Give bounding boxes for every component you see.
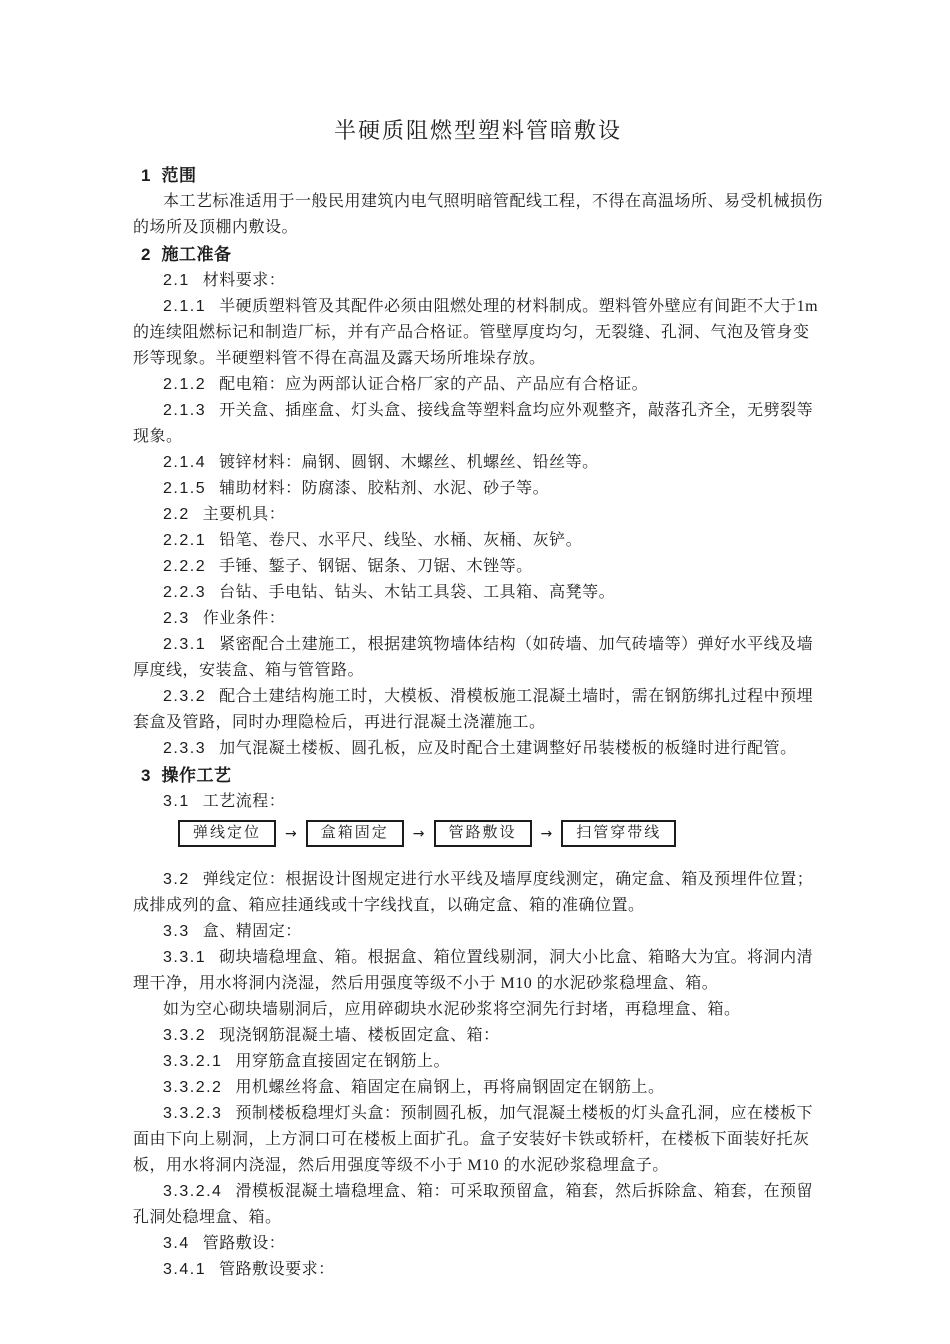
paragraph: 3.3.2现浇钢筋混凝土墙、楼板固定盒、箱： (133, 1023, 823, 1049)
paragraph-text: 如为空心砌块墙剔洞后，应用碎砌块水泥砂浆将空洞先行封堵，再稳埋盒、箱。 (163, 1001, 741, 1018)
paragraph: 本工艺标准适用于一般民用建筑内电气照明暗管配线工程，不得在高温场所、易受机械损伤… (133, 189, 823, 241)
paragraph: 2.2主要机具： (133, 502, 823, 528)
section-number: 3.3 (163, 923, 190, 940)
paragraph-text: 弹线定位：根据设计图规定进行水平线及墙厚度线测定，确定盒、箱及预埋件位置；成排成… (133, 871, 813, 914)
paragraph: 3.3.2.1用穿筋盒直接固定在钢筋上。 (133, 1049, 823, 1075)
section-heading: 2施工准备 (133, 241, 823, 268)
paragraph: 2.3.1紧密配合土建施工，根据建筑物墙体结构（如砖墙、加气砖墙等）弹好水平线及… (133, 632, 823, 684)
section-number: 1 (141, 166, 150, 185)
paragraph-text: 本工艺标准适用于一般民用建筑内电气照明暗管配线工程，不得在高温场所、易受机械损伤… (133, 193, 823, 236)
paragraph-text: 半硬质塑料管及其配件必须由阻燃处理的材料制成。塑料管外壁应有间距不大于1m 的连… (133, 298, 818, 367)
section-number: 2.3.3 (163, 740, 206, 757)
paragraph-text: 盒、精固定： (203, 923, 302, 940)
section-number: 2 (141, 245, 150, 264)
section-number: 3.4 (163, 1235, 190, 1252)
paragraph-text: 主要机具： (203, 506, 286, 523)
paragraph-text: 铅笔、卷尺、水平尺、线坠、水桶、灰桶、灰铲。 (219, 532, 582, 549)
paragraph: 3.3.2.2用机螺丝将盒、箱固定在扁钢上，再将扁钢固定在钢筋上。 (133, 1075, 823, 1101)
section-number: 2.3.1 (163, 636, 206, 653)
paragraph-text: 砌块墙稳埋盒、箱。根据盒、箱位置线剔洞，洞大小比盒、箱略大为宜。将洞内清理干净，… (133, 949, 813, 992)
paragraph-text: 作业条件： (203, 610, 286, 627)
section-number: 3.3.1 (163, 949, 206, 966)
paragraph-text: 管路敷设： (203, 1235, 286, 1252)
section-number: 3 (141, 766, 150, 785)
paragraph: 3.1工艺流程： (133, 789, 823, 815)
paragraph-text: 开关盒、插座盒、灯头盒、接线盒等塑料盒均应外观整齐，敲落孔齐全，无劈裂等现象。 (133, 402, 813, 445)
paragraph-text: 管路敷设要求： (219, 1261, 335, 1278)
paragraph: 3.2弹线定位：根据设计图规定进行水平线及墙厚度线测定，确定盒、箱及预埋件位置；… (133, 867, 823, 919)
section-number: 2.3.2 (163, 688, 206, 705)
section-number: 2.1.2 (163, 376, 206, 393)
section-number: 2.1.3 (163, 402, 206, 419)
section-number: 2.1.5 (163, 480, 206, 497)
flow-arrow-icon: → (276, 826, 306, 842)
flow-step: 扫管穿带线 (561, 820, 676, 847)
section-number: 2.2.1 (163, 532, 206, 549)
process-flowchart: 弹线定位→盒箱固定→管路敷设→扫管穿带线 (178, 820, 823, 847)
paragraph: 3.4.1管路敷设要求： (133, 1257, 823, 1283)
section-number: 3.3.2 (163, 1027, 206, 1044)
document-page: 半硬质阻燃型塑料管暗敷设 1范围本工艺标准适用于一般民用建筑内电气照明暗管配线工… (0, 0, 950, 1344)
section-number: 3.1 (163, 793, 190, 810)
paragraph-text: 台钻、手电钻、钻头、木钻工具袋、工具箱、高凳等。 (219, 584, 615, 601)
section-heading-text: 范围 (161, 166, 196, 185)
paragraph-text: 工艺流程： (203, 793, 286, 810)
paragraph: 3.3盒、精固定： (133, 919, 823, 945)
section-number: 3.3.2.1 (163, 1053, 222, 1070)
section-number: 2.1 (163, 272, 190, 289)
flow-step: 盒箱固定 (306, 820, 404, 847)
section-heading-text: 施工准备 (161, 245, 231, 264)
section-number: 3.3.2.3 (163, 1105, 222, 1122)
section-number: 2.2.3 (163, 584, 206, 601)
paragraph: 2.1.1半硬质塑料管及其配件必须由阻燃处理的材料制成。塑料管外壁应有间距不大于… (133, 294, 823, 372)
paragraph: 2.1材料要求： (133, 268, 823, 294)
paragraph-text: 紧密配合土建施工，根据建筑物墙体结构（如砖墙、加气砖墙等）弹好水平线及墙厚度线，… (133, 636, 813, 679)
paragraph-text: 预制楼板稳埋灯头盒：预制圆孔板，加气混凝土楼板的灯头盒孔洞，应在楼板下面由下向上… (133, 1105, 813, 1174)
paragraph: 3.3.2.4滑模板混凝土墙稳埋盒、箱：可采取预留盒，箱套，然后拆除盒、箱套，在… (133, 1179, 823, 1231)
document-body: 1范围本工艺标准适用于一般民用建筑内电气照明暗管配线工程，不得在高温场所、易受机… (133, 162, 823, 1283)
paragraph: 3.4管路敷设： (133, 1231, 823, 1257)
paragraph-text: 用机螺丝将盒、箱固定在扁钢上，再将扁钢固定在钢筋上。 (235, 1079, 664, 1096)
paragraph-text: 手锤、錾子、钢锯、锯条、刀锯、木锉等。 (219, 558, 533, 575)
paragraph: 2.2.2手锤、錾子、钢锯、锯条、刀锯、木锉等。 (133, 554, 823, 580)
paragraph-text: 镀锌材料：扁钢、圆钢、木螺丝、机螺丝、铅丝等。 (219, 454, 599, 471)
paragraph: 2.1.3开关盒、插座盒、灯头盒、接线盒等塑料盒均应外观整齐，敲落孔齐全，无劈裂… (133, 398, 823, 450)
page-title: 半硬质阻燃型塑料管暗敷设 (133, 116, 823, 146)
section-number: 2.2.2 (163, 558, 206, 575)
paragraph: 3.3.2.3预制楼板稳埋灯头盒：预制圆孔板，加气混凝土楼板的灯头盒孔洞，应在楼… (133, 1101, 823, 1179)
section-number: 3.3.2.2 (163, 1079, 222, 1096)
paragraph: 2.3.2配合土建结构施工时，大模板、滑模板施工混凝土墙时，需在钢筋绑扎过程中预… (133, 684, 823, 736)
section-number: 2.1.4 (163, 454, 206, 471)
paragraph-text: 加气混凝土楼板、圆孔板，应及时配合土建调整好吊装楼板的板缝时进行配管。 (219, 740, 797, 757)
section-number: 3.4.1 (163, 1261, 206, 1278)
paragraph: 3.3.1砌块墙稳埋盒、箱。根据盒、箱位置线剔洞，洞大小比盒、箱略大为宜。将洞内… (133, 945, 823, 997)
paragraph-text: 辅助材料：防腐漆、胶粘剂、水泥、砂子等。 (219, 480, 549, 497)
section-number: 2.3 (163, 610, 190, 627)
section-number: 3.3.2.4 (163, 1183, 222, 1200)
section-heading: 1范围 (133, 162, 823, 189)
section-heading-text: 操作工艺 (161, 766, 231, 785)
paragraph-text: 配电箱：应为两部认证合格厂家的产品、产品应有合格证。 (219, 376, 648, 393)
flow-step: 弹线定位 (178, 820, 276, 847)
paragraph: 2.2.3台钻、手电钻、钻头、木钻工具袋、工具箱、高凳等。 (133, 580, 823, 606)
section-heading: 3操作工艺 (133, 762, 823, 789)
paragraph-text: 现浇钢筋混凝土墙、楼板固定盒、箱： (219, 1027, 500, 1044)
paragraph-text: 配合土建结构施工时，大模板、滑模板施工混凝土墙时，需在钢筋绑扎过程中预埋套盒及管… (133, 688, 813, 731)
paragraph: 2.1.2配电箱：应为两部认证合格厂家的产品、产品应有合格证。 (133, 372, 823, 398)
paragraph-text: 材料要求： (203, 272, 286, 289)
paragraph: 如为空心砌块墙剔洞后，应用碎砌块水泥砂浆将空洞先行封堵，再稳埋盒、箱。 (133, 997, 823, 1023)
section-number: 2.1.1 (163, 298, 206, 315)
paragraph: 2.1.5辅助材料：防腐漆、胶粘剂、水泥、砂子等。 (133, 476, 823, 502)
flow-step: 管路敷设 (434, 820, 532, 847)
flow-arrow-icon: → (404, 826, 434, 842)
paragraph-text: 用穿筋盒直接固定在钢筋上。 (235, 1053, 450, 1070)
paragraph: 2.3作业条件： (133, 606, 823, 632)
paragraph: 2.3.3加气混凝土楼板、圆孔板，应及时配合土建调整好吊装楼板的板缝时进行配管。 (133, 736, 823, 762)
flow-arrow-icon: → (532, 826, 562, 842)
section-number: 3.2 (163, 871, 190, 888)
paragraph-text: 滑模板混凝土墙稳埋盒、箱：可采取预留盒，箱套，然后拆除盒、箱套，在预留孔洞处稳埋… (133, 1183, 813, 1226)
section-number: 2.2 (163, 506, 190, 523)
paragraph: 2.1.4镀锌材料：扁钢、圆钢、木螺丝、机螺丝、铅丝等。 (133, 450, 823, 476)
paragraph: 2.2.1铅笔、卷尺、水平尺、线坠、水桶、灰桶、灰铲。 (133, 528, 823, 554)
